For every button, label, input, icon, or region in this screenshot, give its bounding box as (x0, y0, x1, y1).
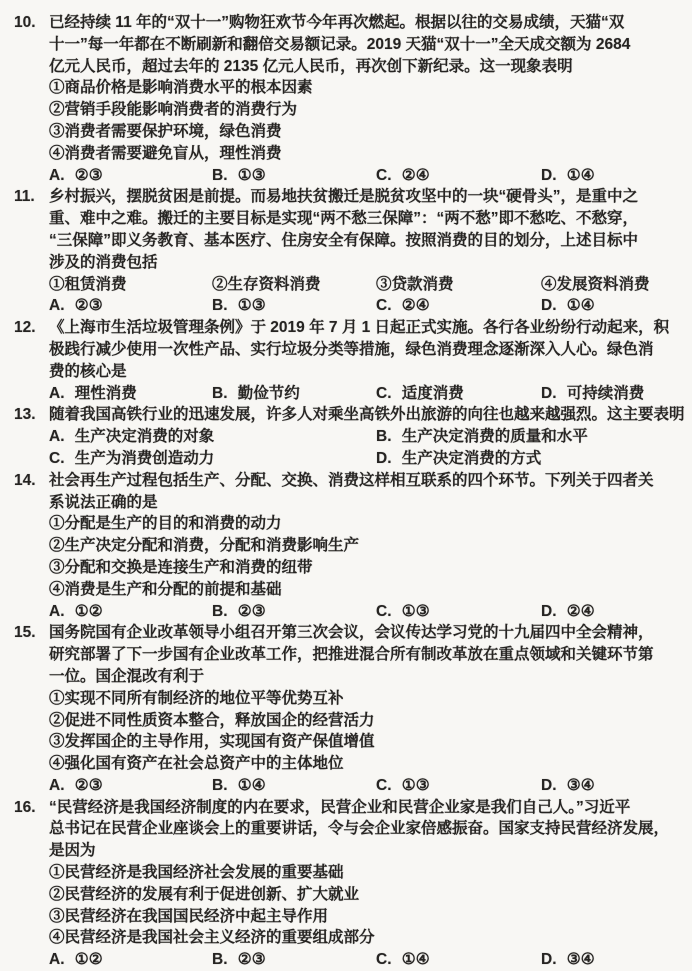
stem-line: 重、难中之难。搬迁的主要目标是实现“两不愁三保障”：“两不愁”即不愁吃、不愁穿， (49, 208, 684, 230)
option-c: C. 适度消费 (376, 383, 541, 405)
stem-line: 涉及的消费包括 (49, 252, 684, 274)
answer-options: A. 生产决定消费的对象 B. 生产决定消费的质量和水平 C. 生产为消费创造动… (49, 426, 684, 470)
option-c: C. ①④ (376, 949, 541, 971)
question-number: 13. (14, 404, 48, 426)
statement-item-1: ①商品价格是影响消费水平的根本因素 (49, 77, 684, 99)
question-number: 11. (14, 186, 48, 208)
stem-line: 国务院国有企业改革领导小组召开第三次会议，会议传达学习党的十九届四中全会精神， (49, 622, 684, 644)
question-13: 13. 随着我国高铁行业的迅速发展，许多人对乘坐高铁外出旅游的向往也越来越强烈。… (14, 404, 684, 469)
exam-page: 10. 已经持续 11 年的“双十一”购物狂欢节今年再次燃起。根据以往的交易成绩… (0, 0, 692, 971)
stem-line: 十一”每一年都在不断刷新和翻倍交易额记录。2019 天猫“双十一”全天成交额为 … (49, 34, 684, 56)
question-15: 15. 国务院国有企业改革领导小组召开第三次会议，会议传达学习党的十九届四中全会… (14, 622, 684, 796)
choice-items: ①租赁消费 ②生存资料消费 ③贷款消费 ④发展资料消费 (49, 274, 684, 296)
choice-item-3: ③贷款消费 (376, 274, 541, 296)
statement-item-2: ②民营经济的发展有利于促进创新、扩大就业 (49, 884, 684, 906)
stem-line: “三保障”即义务教育、基本医疗、住房安全有保障。按照消费的目的划分，上述目标中 (49, 230, 684, 252)
answer-options: A. ①② B. ②③ C. ①③ D. ②④ (49, 601, 684, 623)
option-d: D. 可持续消费 (541, 383, 684, 405)
option-c: C. ②④ (376, 295, 541, 317)
option-d: D. ①④ (541, 295, 684, 317)
question-stem: 《上海市生活垃圾管理条例》于 2019 年 7 月 1 日起正式实施。各行各业纷… (49, 317, 684, 382)
statement-item-4: ④强化国有资产在社会总资产中的主体地位 (49, 753, 684, 775)
option-b: B. ②③ (212, 949, 376, 971)
question-16: 16. “民营经济是我国经济制度的内在要求，民营企业和民营企业家是我们自己人。”… (14, 797, 684, 971)
question-stem: 社会再生产过程包括生产、分配、交换、消费这样相互联系的四个环节。下列关于四者关 … (49, 470, 684, 514)
option-b: B. ②③ (212, 601, 376, 623)
answer-options: A. ②③ B. ①③ C. ②④ D. ①④ (49, 295, 684, 317)
option-a: A. ①② (49, 601, 212, 623)
option-a: A. ②③ (49, 775, 212, 797)
stem-line: 随着我国高铁行业的迅速发展，许多人对乘坐高铁外出旅游的向往也越来越强烈。这主要表… (49, 404, 684, 426)
option-b: B. ①④ (212, 775, 376, 797)
option-d: D. ①④ (541, 165, 684, 187)
stem-line: 是因为 (49, 840, 684, 862)
statement-item-3: ③民营经济在我国国民经济中起主导作用 (49, 906, 684, 928)
statement-item-2: ②促进不同性质资本整合，释放国企的经营活力 (49, 710, 684, 732)
statement-item-1: ①分配是生产的目的和消费的动力 (49, 513, 684, 535)
option-d: D. ②④ (541, 601, 684, 623)
answer-options: A. ①② B. ②③ C. ①④ D. ③④ (49, 949, 684, 971)
option-a: A. 生产决定消费的对象 (49, 426, 376, 448)
choice-item-2: ②生存资料消费 (212, 274, 376, 296)
statement-item-2: ②营销手段能影响消费者的消费行为 (49, 99, 684, 121)
option-b: B. ①③ (212, 295, 376, 317)
option-c: C. ①③ (376, 775, 541, 797)
statement-item-3: ③发挥国企的主导作用，实现国有资产保值增值 (49, 731, 684, 753)
question-stem: “民营经济是我国经济制度的内在要求，民营企业和民营企业家是我们自己人。”习近平 … (49, 797, 684, 862)
option-a: A. ②③ (49, 295, 212, 317)
question-11: 11. 乡村振兴，摆脱贫困是前提。而易地扶贫搬迁是脱贫攻坚中的一块“硬骨头”，是… (14, 186, 684, 317)
question-number: 14. (14, 470, 48, 492)
statement-item-4: ④消费者需要避免盲从，理性消费 (49, 143, 684, 165)
stem-line: 一位。国企混改有利于 (49, 666, 684, 688)
statement-item-2: ②生产决定分配和消费，分配和消费影响生产 (49, 535, 684, 557)
option-c: C. 生产为消费创造动力 (49, 448, 376, 470)
stem-line: 乡村振兴，摆脱贫困是前提。而易地扶贫搬迁是脱贫攻坚中的一块“硬骨头”，是重中之 (49, 186, 684, 208)
stem-line: “民营经济是我国经济制度的内在要求，民营企业和民营企业家是我们自己人。”习近平 (49, 797, 684, 819)
question-stem: 已经持续 11 年的“双十一”购物狂欢节今年再次燃起。根据以往的交易成绩，天猫“… (49, 12, 684, 77)
answer-options: A. 理性消费 B. 勤俭节约 C. 适度消费 D. 可持续消费 (49, 383, 684, 405)
statement-item-4: ④消费是生产和分配的前提和基础 (49, 579, 684, 601)
stem-line: 社会再生产过程包括生产、分配、交换、消费这样相互联系的四个环节。下列关于四者关 (49, 470, 684, 492)
stem-line: 系说法正确的是 (49, 492, 684, 514)
option-a: A. ②③ (49, 165, 212, 187)
stem-line: 已经持续 11 年的“双十一”购物狂欢节今年再次燃起。根据以往的交易成绩，天猫“… (49, 12, 684, 34)
stem-line: 亿元人民币，超过去年的 2135 亿元人民币，再次创下新纪录。这一现象表明 (49, 56, 684, 78)
question-14: 14. 社会再生产过程包括生产、分配、交换、消费这样相互联系的四个环节。下列关于… (14, 470, 684, 623)
choice-item-4: ④发展资料消费 (541, 274, 684, 296)
stem-line: 费的核心是 (49, 361, 684, 383)
option-d: D. 生产决定消费的方式 (376, 448, 684, 470)
stem-line: 极践行减少使用一次性产品、实行垃圾分类等措施，绿色消费理念逐渐深入人心。绿色消 (49, 339, 684, 361)
question-number: 16. (14, 797, 48, 819)
option-c: C. ①③ (376, 601, 541, 623)
option-d: D. ③④ (541, 775, 684, 797)
statement-item-3: ③消费者需要保护环境，绿色消费 (49, 121, 684, 143)
question-number: 12. (14, 317, 48, 339)
question-10: 10. 已经持续 11 年的“双十一”购物狂欢节今年再次燃起。根据以往的交易成绩… (14, 12, 684, 186)
statement-item-1: ①民营经济是我国经济社会发展的重要基础 (49, 862, 684, 884)
stem-line: 《上海市生活垃圾管理条例》于 2019 年 7 月 1 日起正式实施。各行各业纷… (49, 317, 684, 339)
option-a: A. 理性消费 (49, 383, 212, 405)
question-stem: 乡村振兴，摆脱贫困是前提。而易地扶贫搬迁是脱贫攻坚中的一块“硬骨头”，是重中之 … (49, 186, 684, 273)
stem-line: 总书记在民营企业座谈会上的重要讲话，令与会企业家倍感振奋。国家支持民营经济发展， (49, 818, 684, 840)
statement-item-1: ①实现不同所有制经济的地位平等优势互补 (49, 688, 684, 710)
option-b: B. ①③ (212, 165, 376, 187)
answer-options: A. ②③ B. ①③ C. ②④ D. ①④ (49, 165, 684, 187)
stem-line: 研究部署了下一步国有企业改革工作，把推进混合所有制改革放在重点领域和关键环节第 (49, 644, 684, 666)
question-number: 15. (14, 622, 48, 644)
statement-item-4: ④民营经济是我国社会主义经济的重要组成部分 (49, 927, 684, 949)
question-stem: 随着我国高铁行业的迅速发展，许多人对乘坐高铁外出旅游的向往也越来越强烈。这主要表… (49, 404, 684, 426)
option-a: A. ①② (49, 949, 212, 971)
question-stem: 国务院国有企业改革领导小组召开第三次会议，会议传达学习党的十九届四中全会精神， … (49, 622, 684, 687)
answer-options: A. ②③ B. ①④ C. ①③ D. ③④ (49, 775, 684, 797)
question-12: 12. 《上海市生活垃圾管理条例》于 2019 年 7 月 1 日起正式实施。各… (14, 317, 684, 404)
statement-item-3: ③分配和交换是连接生产和消费的纽带 (49, 557, 684, 579)
option-b: B. 勤俭节约 (212, 383, 376, 405)
option-d: D. ③④ (541, 949, 684, 971)
question-number: 10. (14, 12, 48, 34)
option-b: B. 生产决定消费的质量和水平 (376, 426, 684, 448)
choice-item-1: ①租赁消费 (49, 274, 212, 296)
option-c: C. ②④ (376, 165, 541, 187)
